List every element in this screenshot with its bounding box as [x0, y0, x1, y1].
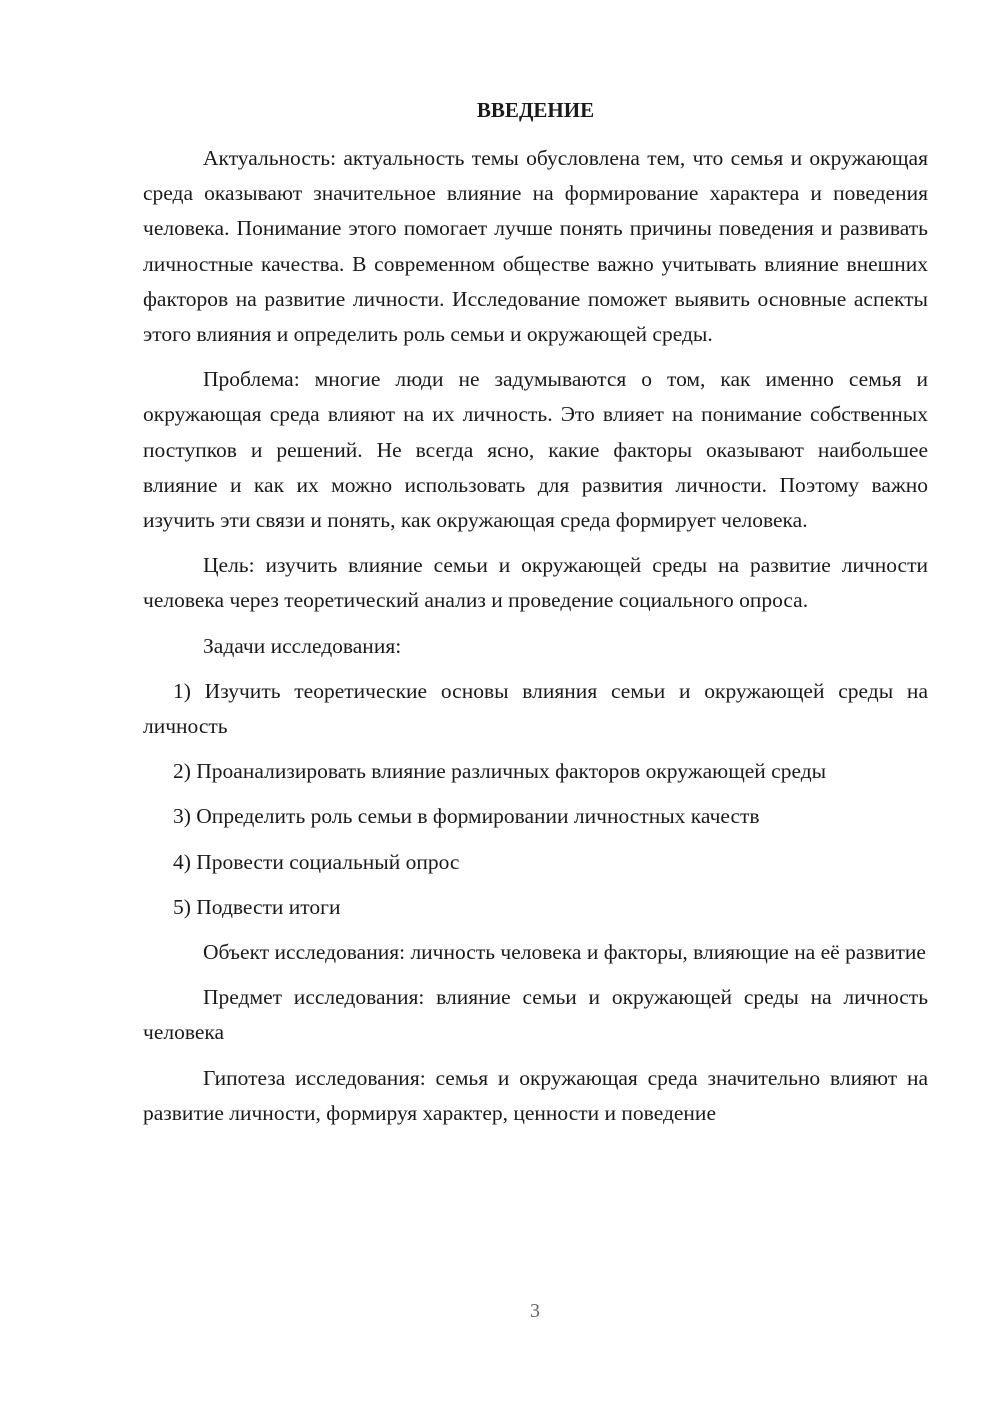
task-item: 3) Определить роль семьи в формировании …: [143, 799, 928, 834]
page-number: 3: [0, 1300, 1000, 1323]
problem-paragraph: Проблема: многие люди не задумываются о …: [143, 362, 928, 538]
task-item: 4) Провести социальный опрос: [143, 845, 928, 880]
tasks-heading: Задачи исследования:: [143, 629, 928, 664]
hypothesis-paragraph: Гипотеза исследования: семья и окружающа…: [143, 1061, 928, 1131]
task-item: 5) Подвести итоги: [143, 890, 928, 925]
tasks-list: 1) Изучить теоретические основы влияния …: [143, 674, 928, 925]
object-paragraph: Объект исследования: личность человека и…: [143, 935, 928, 970]
relevance-paragraph: Актуальность: актуальность темы обусловл…: [143, 141, 928, 352]
goal-paragraph: Цель: изучить влияние семьи и окружающей…: [143, 548, 928, 618]
task-item: 1) Изучить теоретические основы влияния …: [143, 674, 928, 744]
section-title: ВВЕДЕНИЕ: [143, 95, 928, 125]
document-page: ВВЕДЕНИЕ Актуальность: актуальность темы…: [143, 95, 928, 1141]
task-item: 2) Проанализировать влияние различных фа…: [143, 754, 928, 789]
subject-paragraph: Предмет исследования: влияние семьи и ок…: [143, 980, 928, 1050]
